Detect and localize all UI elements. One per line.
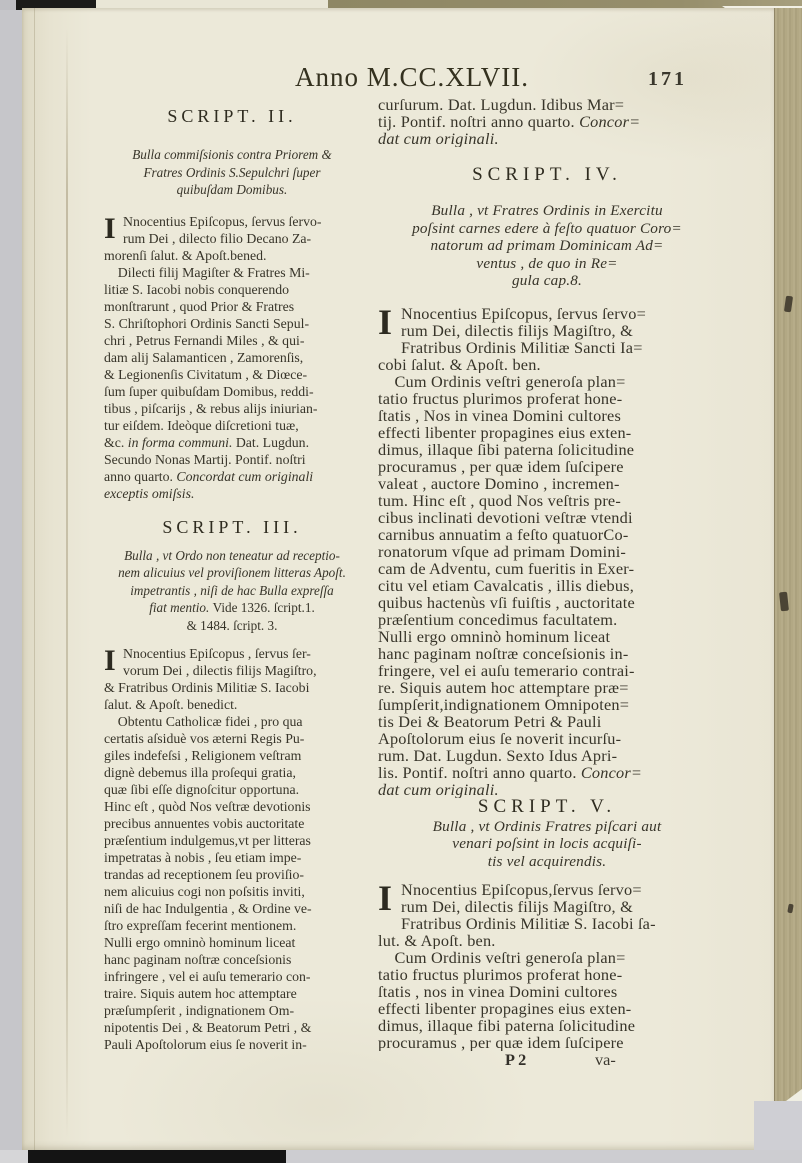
body-line: re. Siquis autem hoc attemptare præ= <box>378 679 716 696</box>
bulla-summary-line: & 1484. ſcript. 3. <box>104 617 360 635</box>
bulla-summary-line: gula cap.8. <box>378 272 716 290</box>
body-line: tij. Pontif. noſtri anno quarto. Concor= <box>378 113 716 130</box>
body-line: tibus , piſcarijs , & rebus alijs iniuri… <box>104 400 360 417</box>
bulla-summary-line: Bulla commiſsionis contra Priorem & <box>104 146 360 164</box>
body-line: rum Dei , dilecto filio Decano Za- <box>104 230 360 247</box>
body-line: præſentium indulgemus,vt per litteras <box>104 832 360 849</box>
body-line: ronatorum vſque ad primam Domini- <box>378 543 716 560</box>
bulla-summary-line: quibuſdam Domibus. <box>104 181 360 199</box>
drop-cap: I <box>104 214 119 247</box>
body-line: vorum Dei , dilectis filijs Magiſtro, <box>104 662 360 679</box>
body-line: effecti libenter propagines eius exten- <box>378 1000 716 1017</box>
body-line: cobi ſalut. & Apoſt. ben. <box>378 356 716 373</box>
body-line: hanc paginam noſtræ conceſsionis in- <box>378 645 716 662</box>
body-line: Dilecti filij Magiſter & Fratres Mi- <box>104 264 360 281</box>
section-heading: SCRIPT. V. <box>378 796 716 818</box>
body-line: dat cum originali. <box>378 130 716 147</box>
body-line: nipotentis Dei , & Beatorum Petri , & <box>104 1019 360 1036</box>
body-line: ſtatis , nos in vinea Domini cultores <box>378 983 716 1000</box>
body-line: dam alij Salamanticen , Zamorenſis, <box>104 349 360 366</box>
body-line: impetratas à nobis , ſeu etiam impe- <box>104 849 360 866</box>
body-line: exceptis omiſsis. <box>104 485 360 502</box>
body-line: ſum ſuper quibuſdam Domibus, reddi- <box>104 383 360 400</box>
ink-mark <box>787 904 793 914</box>
body-paragraph: INnocentius Epiſcopus, ſervus ſervo-rum … <box>104 213 360 264</box>
drop-cap: I <box>104 646 119 679</box>
body-line: tur eiſdem. Ideòque diſcretioni tuæ, <box>104 417 360 434</box>
body-line: Fratribus Ordinis Militiæ S. Iacobi ſa- <box>378 915 716 932</box>
bulla-summary: Bulla , vt Ordinis Fratres piſcari autve… <box>378 818 716 871</box>
body-line: Cum Ordinis veſtri generoſa plan= <box>378 373 716 390</box>
body-line: Pauli Apoſtolorum eius ſe noverit in- <box>104 1036 360 1053</box>
body-line: curſurum. Dat. Lugdun. Idibus Mar= <box>378 96 716 113</box>
body-line: rum Dei, dilectis filijs Magiſtro, & <box>378 322 716 339</box>
page-number: 171 <box>648 68 687 91</box>
bulla-summary-line: Bulla , vt Fratres Ordinis in Exercitu <box>378 202 716 220</box>
body-line: nem alicuius cogi non poſsitis inviti, <box>104 883 360 900</box>
body-line: tatio fructus plurimos proferat hone- <box>378 390 716 407</box>
body-line: procuramus , per quæ idem ſuſcipere <box>378 1034 716 1051</box>
gathering-signature: P 2 <box>505 1050 526 1070</box>
body-line: & Legionenſis Civitatum , & Diœce- <box>104 366 360 383</box>
running-head-title: Anno M.CC.XLVII. <box>182 62 642 93</box>
text-column-left: SCRIPT. II.Bulla commiſsionis contra Pri… <box>104 104 360 1053</box>
body-line: Fratribus Ordinis Militiæ Sancti Ia= <box>378 339 716 356</box>
bulla-summary-line: Fratres Ordinis S.Sepulchri ſuper <box>104 164 360 182</box>
body-line: Nulli ergo omninò hominum liceat <box>378 628 716 645</box>
body-line: Nnocentius Epiſcopus, ſervus ſervo= <box>378 305 716 322</box>
body-line: cibus inclinati devotioni veſtræ vtendi <box>378 509 716 526</box>
body-line: cam de Adventu, cum fueritis in Exer- <box>378 560 716 577</box>
catchword: va- <box>595 1050 616 1070</box>
body-line: litiæ S. Iacobi nobis conquerendo <box>104 281 360 298</box>
body-paragraph: Cum Ordinis veſtri generoſa plan=tatio f… <box>378 373 716 798</box>
body-paragraph: curſurum. Dat. Lugdun. Idibus Mar=tij. P… <box>378 96 716 147</box>
body-line: lis. Pontif. noſtri anno quarto. Concor= <box>378 764 716 781</box>
body-line: ſtatis , Nos in vinea Domini cultores <box>378 407 716 424</box>
photo-background: Anno M.CC.XLVII. 171 SCRIPT. II.Bulla co… <box>0 0 802 1163</box>
body-line: &c. in forma communi. Dat. Lugdun. <box>104 434 360 451</box>
body-line: præſumpſerit , indignationem Om- <box>104 1002 360 1019</box>
bulla-summary-line: natorum ad primam Dominicam Ad= <box>378 237 716 255</box>
body-line: hanc paginam noſtræ conceſsionis <box>104 951 360 968</box>
body-line: Apoſtolorum eius ſe noverit incurſu- <box>378 730 716 747</box>
body-line: lut. & Apoſt. ben. <box>378 932 716 949</box>
book-bottom-edge <box>0 1150 802 1163</box>
body-line: Secundo Nonas Martij. Pontif. noſtri <box>104 451 360 468</box>
body-paragraph: Cum Ordinis veſtri generoſa plan=tatio f… <box>378 949 716 1051</box>
bulla-summary-line: ventus , de quo in Re= <box>378 255 716 273</box>
body-line: Obtentu Catholicæ fidei , pro qua <box>104 713 360 730</box>
signature-row: P 2 va- <box>378 1050 716 1068</box>
body-line: traire. Siquis autem hoc attemptare <box>104 985 360 1002</box>
body-line: Nnocentius Epiſcopus, ſervus ſervo- <box>104 213 360 230</box>
body-line: trandas ad receptionem ſeu proviſio- <box>104 866 360 883</box>
body-line: tatio fructus plurimos proferat hone- <box>378 966 716 983</box>
body-line: S. Chriſtophori Ordinis Sancti Sepul- <box>104 315 360 332</box>
body-line: procuramus , per quæ idem ſuſcipere <box>378 458 716 475</box>
drop-cap: I <box>378 306 396 341</box>
body-line: rum. Dat. Lugdun. Sexto Idus Apri- <box>378 747 716 764</box>
section-heading: SCRIPT. IV. <box>378 164 716 186</box>
body-line: valeat , auctore Domino , incremen- <box>378 475 716 492</box>
body-line: citu vel etiam Cavalcatis , illis diebus… <box>378 577 716 594</box>
drop-cap: I <box>378 882 396 917</box>
body-line: tum. Hinc eſt , quod Nos veſtris pre- <box>378 492 716 509</box>
page-crease-line <box>66 28 68 1138</box>
body-line: Hinc eſt , quòd Nos veſtræ devotionis <box>104 798 360 815</box>
body-line: Nnocentius Epiſcopus,ſervus ſervo= <box>378 881 716 898</box>
body-line: dignè debemus illa proſequi gratia, <box>104 764 360 781</box>
body-line: Nulli ergo omninò hominum liceat <box>104 934 360 951</box>
body-paragraph: INnocentius Epiſcopus,ſervus ſervo=rum D… <box>378 881 716 949</box>
body-line: morenſi ſalut. & Apoſt.bened. <box>104 247 360 264</box>
book-fore-edge <box>774 8 802 1108</box>
ink-mark <box>784 296 793 313</box>
body-line: niſi de hac Indulgentia , & Ordine ve- <box>104 900 360 917</box>
bulla-summary-line: poſsint carnes edere à feſto quatuor Cor… <box>378 220 716 238</box>
body-line: dimus, illaque fibi paterna ſolicitudine <box>378 1017 716 1034</box>
bulla-summary-line: fiat mentio. Vide 1326. ſcript.1. <box>104 599 360 617</box>
section-heading: SCRIPT. II. <box>104 104 360 128</box>
bulla-summary: Bulla , vt Ordo non teneatur ad receptio… <box>104 547 360 635</box>
bulla-summary-line: Bulla , vt Ordo non teneatur ad receptio… <box>104 547 360 565</box>
body-line: chri , Petrus Fernandi Miles , & qui- <box>104 332 360 349</box>
body-paragraph: Obtentu Catholicæ fidei , pro quacertati… <box>104 713 360 1053</box>
body-line: anno quarto. Concordat cum originali <box>104 468 360 485</box>
body-paragraph: INnocentius Epiſcopus, ſervus ſervo=rum … <box>378 305 716 373</box>
body-paragraph: Dilecti filij Magiſter & Fratres Mi-liti… <box>104 264 360 502</box>
bulla-summary: Bulla commiſsionis contra Priorem &Fratr… <box>104 146 360 199</box>
body-line: effecti libenter propagines eius exten- <box>378 424 716 441</box>
bulla-summary-line: venari poſsint in locis acquiſi- <box>378 835 716 853</box>
bulla-summary-line: tis vel acquirendis. <box>378 853 716 871</box>
page-fold-line <box>34 8 35 1150</box>
body-line: & Fratribus Ordinis Militiæ S. Iacobi <box>104 679 360 696</box>
body-line: precibus annuentes vobis auctoritate <box>104 815 360 832</box>
body-line: ſalut. & Apoſt. benedict. <box>104 696 360 713</box>
body-line: giles indefeſsi , Religionem veſtram <box>104 747 360 764</box>
body-line: ſumpſerit,indignationem Omnipoten= <box>378 696 716 713</box>
body-line: quæ ſibi eſſe dignoſcitur opportuna. <box>104 781 360 798</box>
body-line: infringere , vel ei auſu temerario con- <box>104 968 360 985</box>
bulla-summary: Bulla , vt Fratres Ordinis in Exercitupo… <box>378 202 716 290</box>
bulla-summary-line: nem alicuius vel proviſionem litteras Ap… <box>104 564 360 582</box>
body-line: tis Dei & Beatorum Petri & Pauli <box>378 713 716 730</box>
body-line: carnibus annuatim a feſto quatuorCo- <box>378 526 716 543</box>
body-line: fringere, vel ei auſu temerario contrai- <box>378 662 716 679</box>
bulla-summary-line: impetrantis , niſi de hac Bulla expreſſa <box>104 582 360 600</box>
body-line: ſtro expreſſam fecerint mentionem. <box>104 917 360 934</box>
body-line: rum Dei, dilectis filijs Magiſtro, & <box>378 898 716 915</box>
body-line: monſtrarunt , quod Prior & Fratres <box>104 298 360 315</box>
text-column-right: curſurum. Dat. Lugdun. Idibus Mar=tij. P… <box>378 96 716 1051</box>
section-heading: SCRIPT. III. <box>104 515 360 539</box>
book-page: Anno M.CC.XLVII. 171 SCRIPT. II.Bulla co… <box>22 8 776 1150</box>
body-line: certatis aſsiduè vos æterni Regis Pu- <box>104 730 360 747</box>
ink-mark <box>779 592 789 612</box>
body-line: Nnocentius Epiſcopus , ſervus ſer- <box>104 645 360 662</box>
body-paragraph: INnocentius Epiſcopus , ſervus ſer-vorum… <box>104 645 360 713</box>
body-line: dimus, illaque ſibi paterna ſolicitudine <box>378 441 716 458</box>
body-line: præſentium concedimus facultatem. <box>378 611 716 628</box>
body-line: Cum Ordinis veſtri generoſa plan= <box>378 949 716 966</box>
bulla-summary-line: Bulla , vt Ordinis Fratres piſcari aut <box>378 818 716 836</box>
body-line: quibus hactenùs vſi fuiſtis , auctoritat… <box>378 594 716 611</box>
